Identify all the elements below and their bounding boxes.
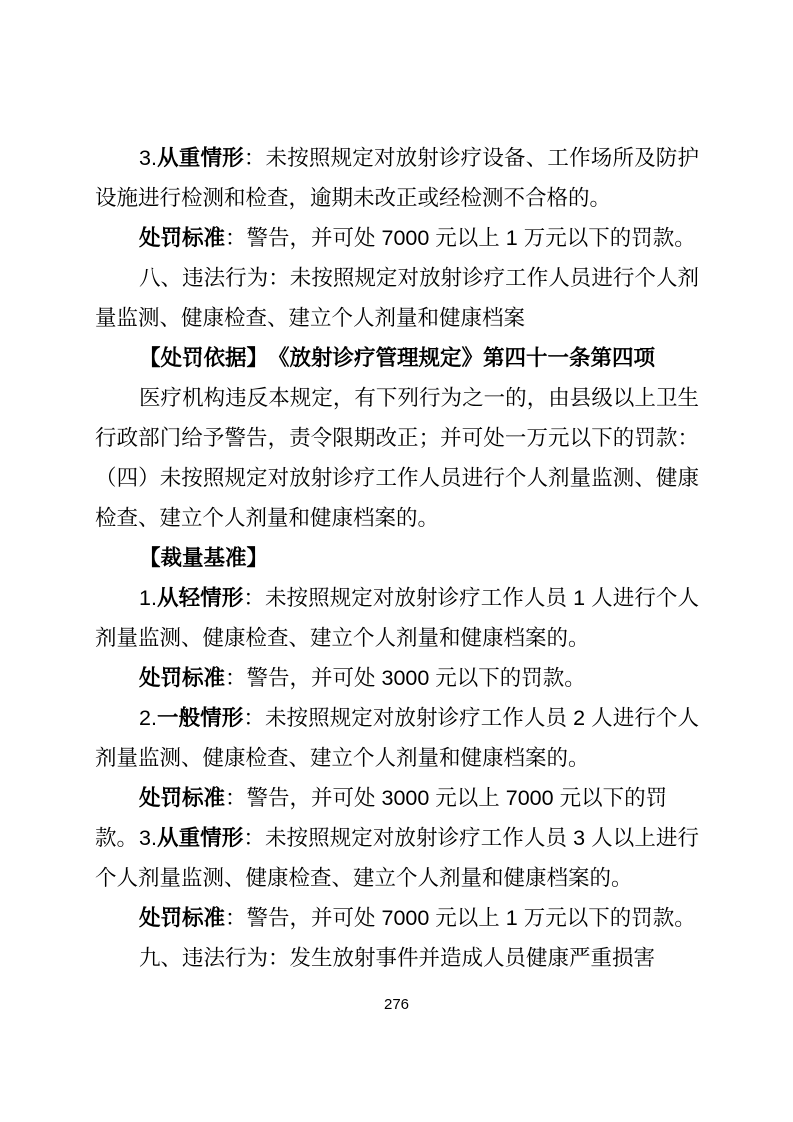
text-run: 【处罚依据】 《放射诊疗管理规定》第四十一条第四项 [139,346,655,370]
text-line: 【处罚依据】 《放射诊疗管理规定》第四十一条第四项 [95,338,699,378]
text-run: 处罚标准 [139,786,225,810]
text-line: 八、违法行为：未按照规定对放射诊疗工作人员进行个人剂 [95,258,699,298]
text-run: 量监测、健康检查、建立个人剂量和健康档案 [95,306,525,330]
text-run: 从重情形 [157,826,243,850]
text-run: 检查、建立个人剂量和健康档案的。 [95,506,439,530]
text-run: 设施进行检测和检查，逾期未改正或经检测不合格的。 [95,186,611,210]
text-line: 医疗机构违反本规定，有下列行为之一的，由县级以上卫生 [95,378,699,418]
text-run: ：未按照规定对放射诊疗工作人员 1 人进行个人 [243,586,699,610]
text-run: 2. [139,706,157,730]
text-run: 从重情形 [157,146,244,170]
text-run: 【裁量基准】 [139,546,268,570]
text-line: 个人剂量监测、健康检查、建立个人剂量和健康档案的。 [95,858,699,898]
text-run: ：警告，并可处 7000 元以上 1 万元以下的罚款。 [225,906,696,930]
text-line: 处罚标准：警告，并可处 7000 元以上 1 万元以下的罚款。 [95,218,699,258]
text-line: 处罚标准：警告，并可处 3000 元以下的罚款。 [95,658,699,698]
text-run: 行政部门给予警告，责令限期改正；并可处一万元以下的罚款： [95,426,699,450]
text-run: 医疗机构违反本规定，有下列行为之一的，由县级以上卫生 [139,386,699,410]
page-number: 276 [384,996,409,1013]
text-run: ：警告，并可处 3000 元以下的罚款。 [225,666,586,690]
text-run: 剂量监测、健康检查、建立个人剂量和健康档案的。 [95,626,590,650]
text-line: （四）未按照规定对放射诊疗工作人员进行个人剂量监测、健康 [95,458,699,498]
text-run: ：未按照规定对放射诊疗工作人员 2 人进行个人 [243,706,699,730]
text-line: 3.从重情形：未按照规定对放射诊疗设备、工作场所及防护 [95,138,699,178]
text-line: 九、违法行为：发生放射事件并造成人员健康严重损害 [95,938,699,978]
text-line: 3.从重情形：未按照规定对放射诊疗工作人员 3 人以上进行 [95,818,699,858]
text-line: 检查、建立个人剂量和健康档案的。 [95,498,699,538]
text-run: （四）未按照规定对放射诊疗工作人员进行个人剂量监测、健康 [95,466,699,490]
text-run: 八、违法行为：未按照规定对放射诊疗工作人员进行个人剂 [139,266,699,290]
page-footer: 276 [0,994,793,1016]
text-run: ：未按照规定对放射诊疗工作人员 3 人以上进行 [243,826,699,850]
text-run: 3. [139,146,157,170]
text-run: 一般情形 [157,706,243,730]
text-line: 剂量监测、健康检查、建立个人剂量和健康档案的。 [95,618,699,658]
text-run: 处罚标准 [139,226,225,250]
text-run: 处罚标准 [139,906,225,930]
text-run: 九、违法行为：发生放射事件并造成人员健康严重损害 [139,946,655,970]
text-line: 【裁量基准】 [95,538,699,578]
text-line: 行政部门给予警告，责令限期改正；并可处一万元以下的罚款： [95,418,699,458]
text-run: ：警告，并可处 7000 元以上 1 万元以下的罚款。 [225,226,696,250]
text-line: 处罚标准：警告，并可处 7000 元以上 1 万元以下的罚款。 [95,898,699,938]
document-body: 3.从重情形：未按照规定对放射诊疗设备、工作场所及防护设施进行检测和检查，逾期未… [95,138,699,978]
text-run: 3. [139,826,157,850]
text-line: 处罚标准：警告，并可处 3000 元以上 7000 元以下的罚款。 [95,778,699,818]
text-run: 处罚标准 [139,666,225,690]
text-line: 2.一般情形：未按照规定对放射诊疗工作人员 2 人进行个人 [95,698,699,738]
text-line: 1.从轻情形：未按照规定对放射诊疗工作人员 1 人进行个人 [95,578,699,618]
document-page: 3.从重情形：未按照规定对放射诊疗设备、工作场所及防护设施进行检测和检查，逾期未… [0,0,793,1122]
text-run: 剂量监测、健康检查、建立个人剂量和健康档案的。 [95,746,590,770]
text-run: ：未按照规定对放射诊疗设备、工作场所及防护 [244,146,699,170]
text-run: 1. [139,586,157,610]
text-line: 量监测、健康检查、建立个人剂量和健康档案 [95,298,699,338]
text-line: 设施进行检测和检查，逾期未改正或经检测不合格的。 [95,178,699,218]
text-run: 从轻情形 [157,586,243,610]
text-line: 剂量监测、健康检查、建立个人剂量和健康档案的。 [95,738,699,778]
text-run: 个人剂量监测、健康检查、建立个人剂量和健康档案的。 [95,866,633,890]
